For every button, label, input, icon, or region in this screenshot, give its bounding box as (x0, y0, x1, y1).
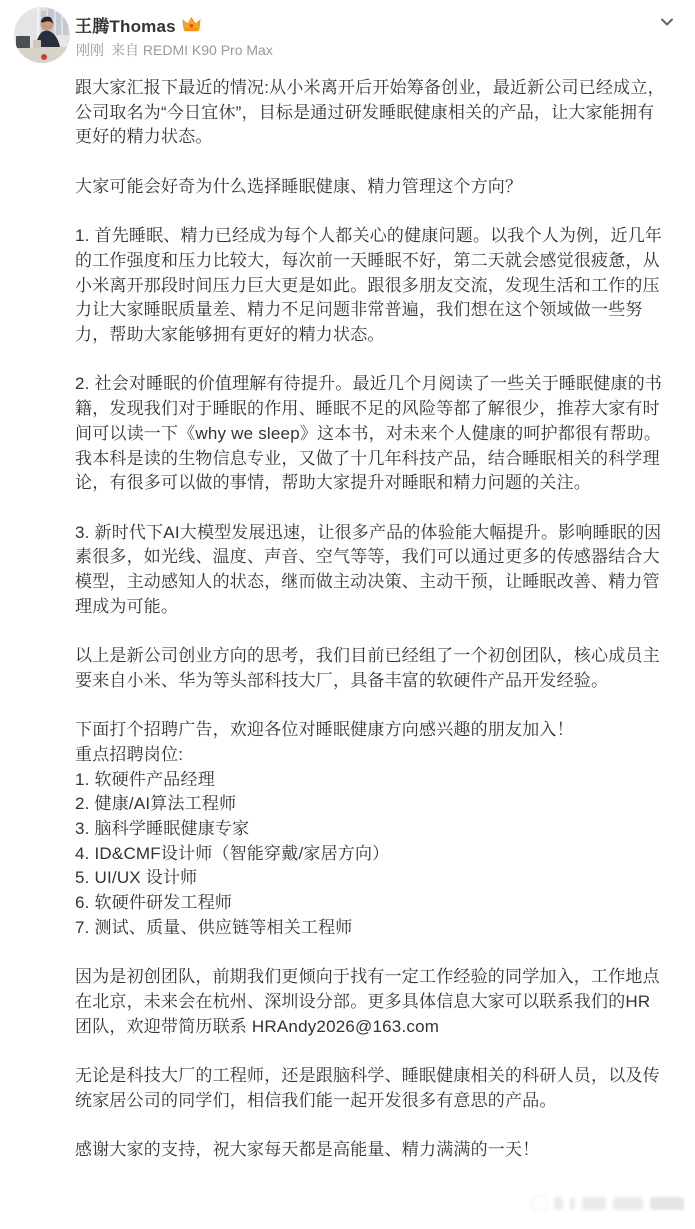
post-time: 刚刚 (76, 42, 104, 58)
post-paragraph: 无论是科技大厂的工程师，还是跟脑科学、睡眠健康相关的科研人员，以及传统家居公司的… (75, 1064, 665, 1113)
post-paragraph: 因为是初创团队，前期我们更倾向于找有一定工作经验的同学加入，工作地点在北京，未来… (75, 965, 665, 1039)
post-paragraph: 大家可能会好奇为什么选择睡眠健康、精力管理这个方向？ (75, 175, 665, 200)
collapse-button[interactable] (653, 8, 681, 36)
avatar-photo (14, 7, 70, 63)
weibo-post: 王腾Thomas 刚刚来自 REDMI K90 Pro Max 跟大家汇报下最近… (0, 0, 695, 1229)
post-paragraph: 2. 社会对睡眠的价值理解有待提升。最近几个月阅读了一些关于睡眠健康的书籍，发现… (75, 372, 665, 496)
post-header: 王腾Thomas 刚刚来自 REDMI K90 Pro Max (0, 0, 695, 63)
post-paragraph: 感谢大家的支持，祝大家每天都是高能量、精力满满的一天！ (75, 1138, 665, 1163)
author-name[interactable]: 王腾Thomas (75, 12, 176, 37)
vip-crown-icon[interactable] (182, 16, 201, 33)
chevron-down-icon (657, 12, 677, 32)
post-source-device: REDMI K90 Pro Max (143, 42, 273, 58)
post-paragraph: 1. 首先睡眠、精力已经成为每个人都关心的健康问题。以我个人为例，近几年的工作强… (75, 224, 665, 348)
post-paragraph: 3. 新时代下AI大模型发展迅速，让很多产品的体验能大幅提升。影响睡眠的因素很多… (75, 521, 665, 620)
post-paragraph: 下面打个招聘广告，欢迎各位对睡眠健康方向感兴趣的朋友加入！ 重点招聘岗位: 1.… (75, 718, 665, 940)
post-content: 跟大家汇报下最近的情况:从小米离开后开始筹备创业，最近新公司已经成立，公司取名为… (0, 63, 695, 1163)
post-paragraph: 跟大家汇报下最近的情况:从小米离开后开始筹备创业，最近新公司已经成立，公司取名为… (75, 76, 665, 150)
post-meta: 刚刚来自 REDMI K90 Pro Max (76, 40, 273, 60)
watermark (532, 1196, 684, 1211)
author-line: 王腾Thomas (75, 12, 201, 37)
post-source-prefix: 来自 (111, 42, 139, 58)
avatar[interactable] (14, 7, 70, 63)
post-paragraph: 以上是新公司创业方向的思考，我们目前已经组了一个初创团队，核心成员主要来自小米、… (75, 644, 665, 693)
post-source[interactable]: 来自 REDMI K90 Pro Max (111, 42, 273, 58)
